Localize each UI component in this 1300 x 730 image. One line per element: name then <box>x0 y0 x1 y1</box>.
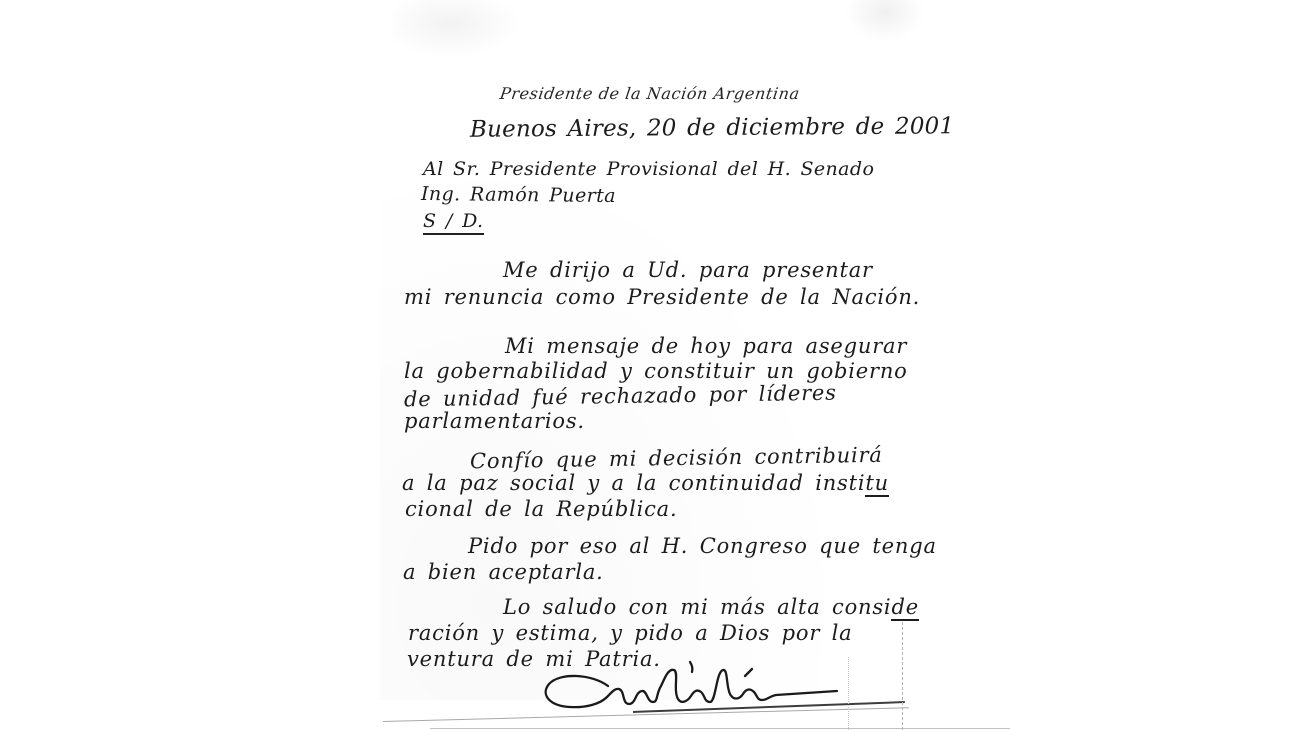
body-line: ración y estima, y pido a Dios por la <box>408 621 853 645</box>
body-line: mi renuncia como Presidente de la Nación… <box>404 285 920 309</box>
signature-accent-mark <box>745 669 752 676</box>
recipient-salutation-text: S / D. <box>423 210 484 235</box>
body-line: a la paz social y a la continuidad insti… <box>402 471 889 495</box>
signature-scribble <box>540 660 840 716</box>
dateline: Buenos Aires, 20 de diciembre de 2001 <box>470 113 954 142</box>
body-line: Mi mensaje de hoy para asegurar <box>505 334 907 358</box>
scan-smudge-top-right <box>845 0 925 42</box>
recipient-salutation: S / D. <box>423 210 484 232</box>
body-line: Me dirijo a Ud. para presentar <box>503 258 873 282</box>
scanned-letter-page: Presidente de la Nación Argentina Buenos… <box>0 0 1300 730</box>
stray-apostrophe-mark <box>690 662 692 672</box>
letterhead: Presidente de la Nación Argentina <box>499 84 801 103</box>
body-line-text: a la paz social y a la continuidad insti <box>402 471 865 495</box>
scan-vertical-fold-line <box>902 622 903 730</box>
hyphenation-underline: tu <box>865 471 889 497</box>
body-line: Pido por eso al H. Congreso que tenga <box>468 534 937 558</box>
body-line: parlamentarios. <box>404 409 585 433</box>
scan-vertical-fold-line <box>848 657 849 730</box>
body-line-text: Lo saludo con mi más alta consi <box>503 595 891 619</box>
body-line: a bien aceptarla. <box>403 560 604 584</box>
body-line: Confío que mi decisión contribuirá <box>470 443 883 473</box>
body-line: la gobernabilidad y constituir un gobier… <box>404 359 908 383</box>
recipient-line-2: Ing. Ramón Puerta <box>421 183 616 207</box>
body-line: de unidad fué rechazado por líderes <box>404 381 837 412</box>
scan-smudge-top-left <box>392 0 522 58</box>
scan-bottom-edge-line <box>430 728 1010 729</box>
signature-stroke <box>546 670 837 707</box>
body-line: Lo saludo con mi más alta conside <box>503 595 919 619</box>
recipient-line-1: Al Sr. Presidente Provisional del H. Sen… <box>423 158 874 180</box>
body-line: cional de la República. <box>405 497 677 521</box>
hyphenation-underline: de <box>891 595 918 621</box>
